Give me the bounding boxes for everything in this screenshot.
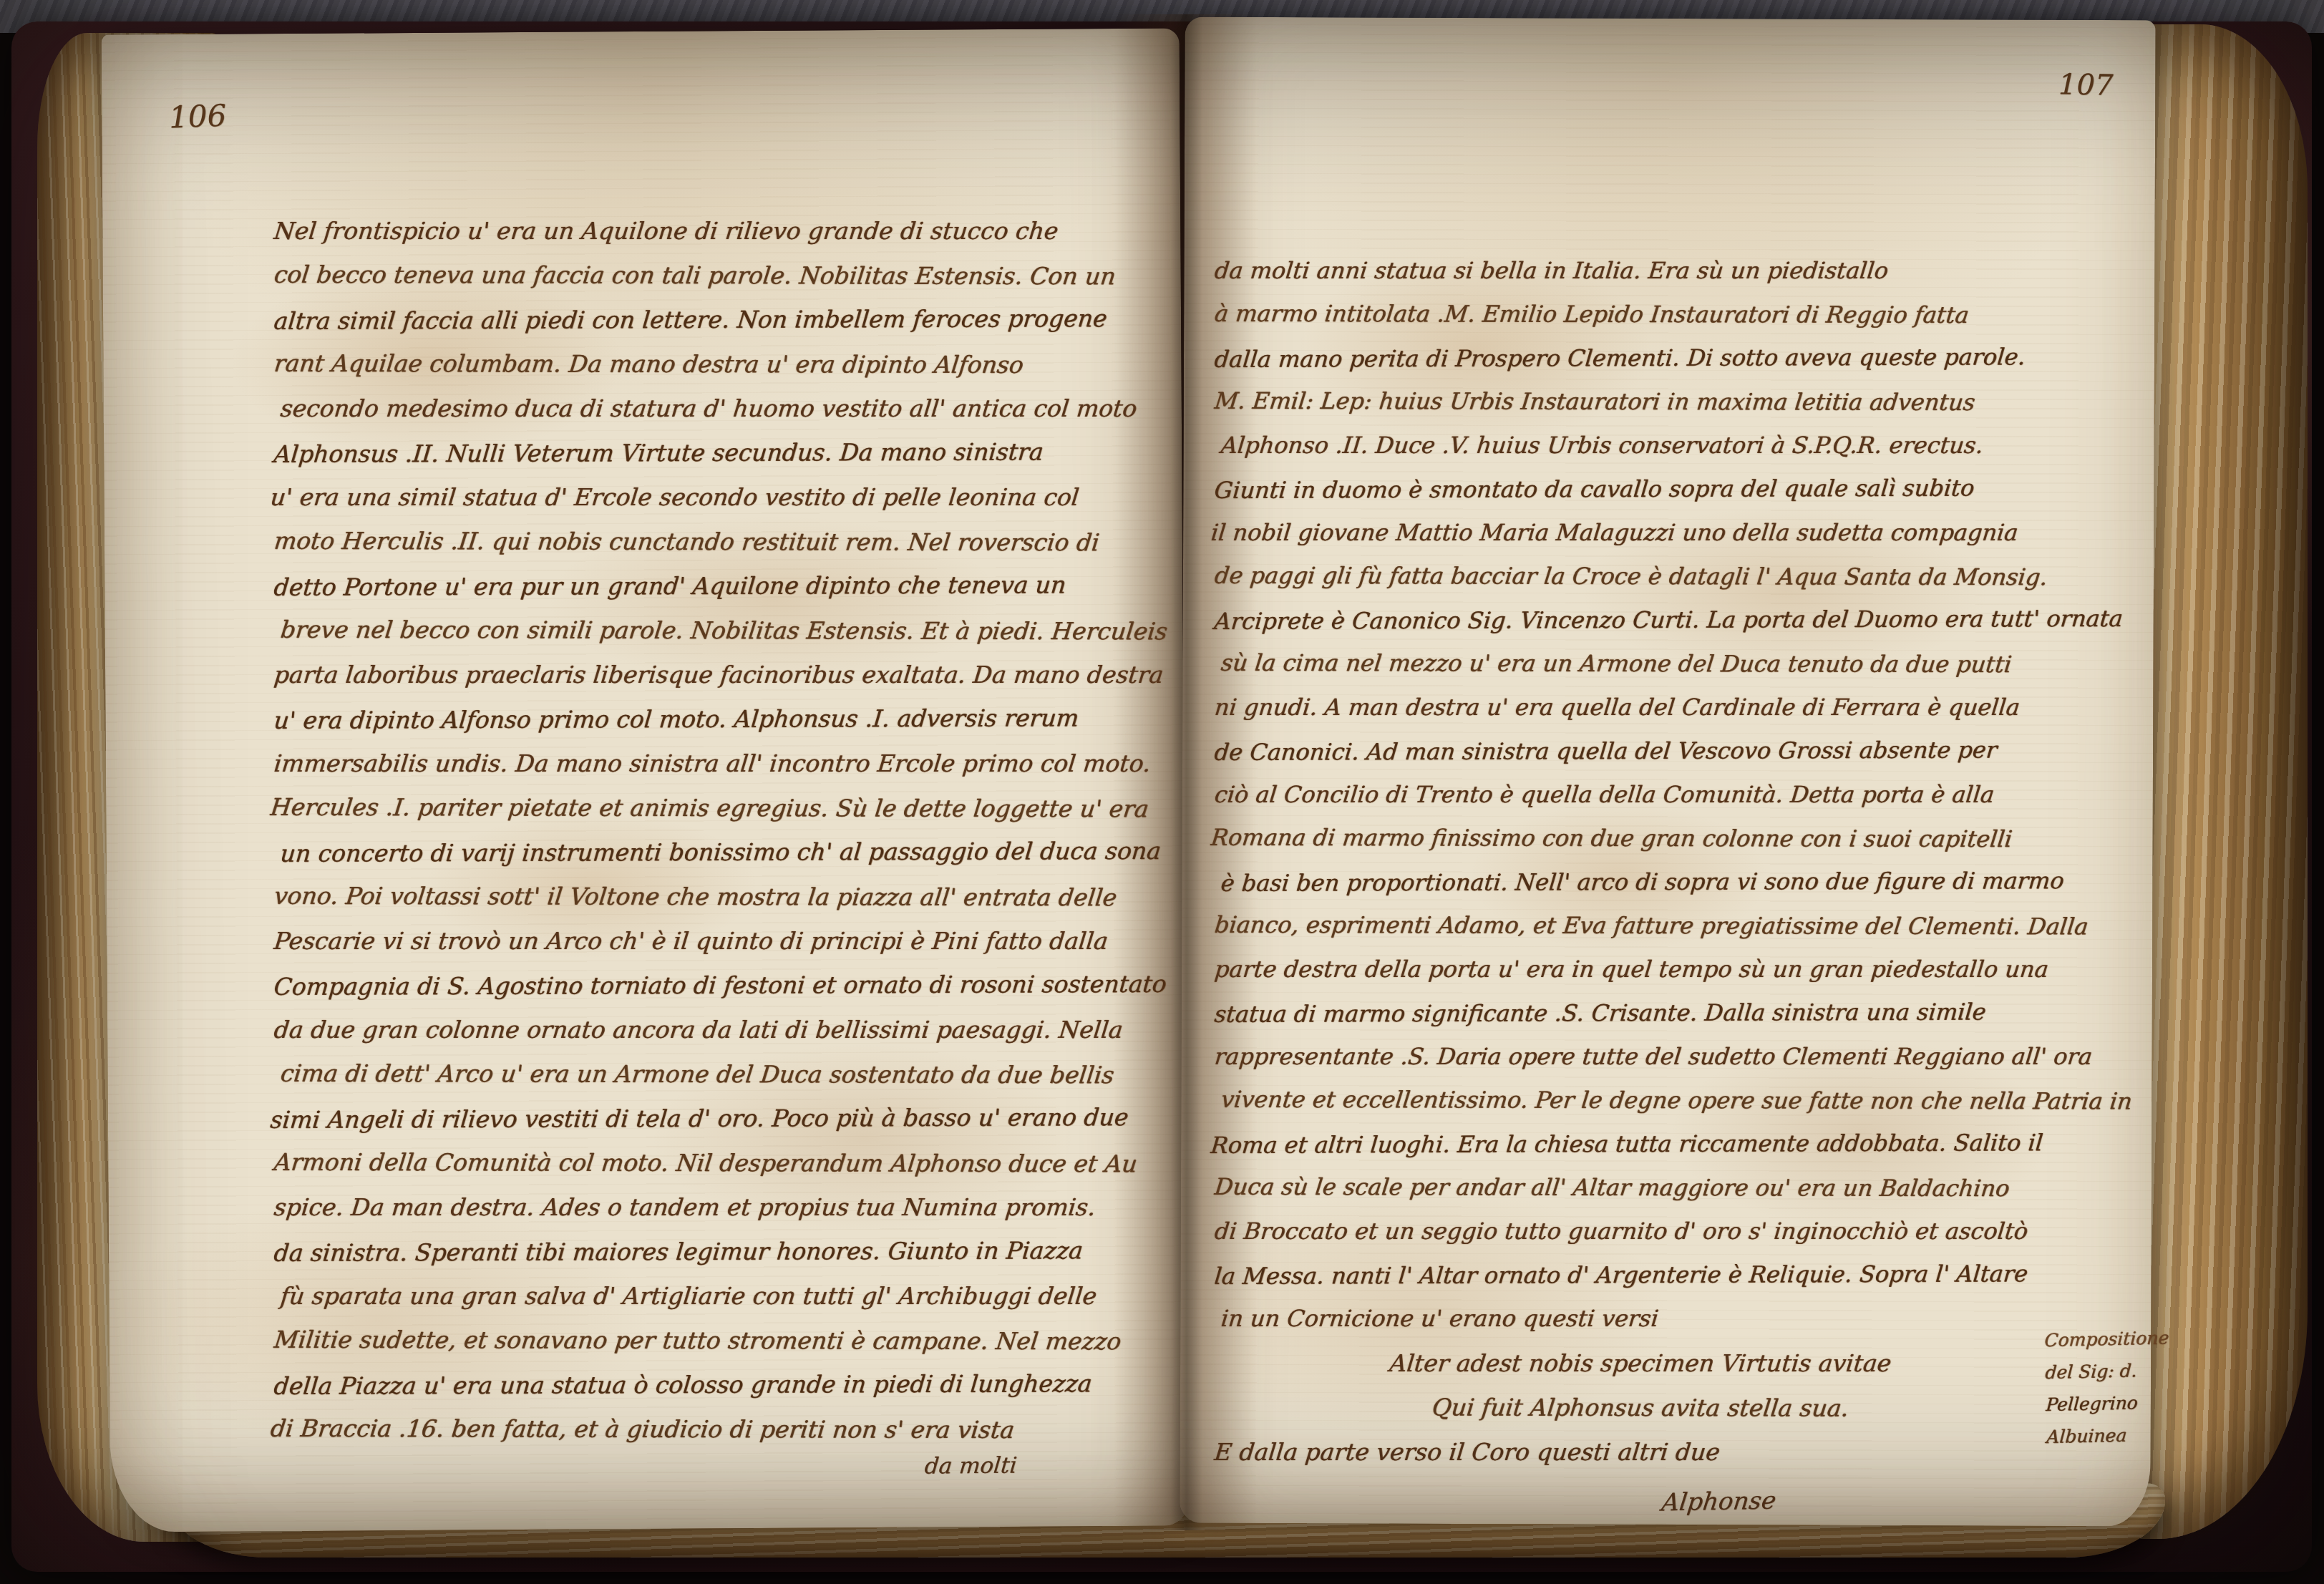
manuscript-line: à marmo intitolata .M. Emilio Lepido Ins… — [1212, 292, 2069, 337]
right-page-closing-line: E dalla parte verso il Coro questi altri… — [1215, 1430, 2066, 1474]
folio-number-right: 107 — [2058, 68, 2114, 102]
manuscript-line: da due gran colonne ornato ancora da lat… — [272, 1008, 1111, 1052]
folio-number-left: 106 — [168, 98, 227, 135]
manuscript-photo: 106 107 Nel frontispicio u' era un Aquil… — [0, 0, 2324, 1584]
manuscript-line: da sinistra. Speranti tibi maiores legim… — [272, 1228, 1110, 1276]
manuscript-line: Romana di marmo finissimo con due gran c… — [1209, 816, 2069, 862]
manuscript-line: bianco, esprimenti Adamo, et Eva fatture… — [1212, 903, 2069, 948]
manuscript-line: secondo medesimo duca di statura d' huom… — [278, 387, 1111, 431]
manuscript-line: è basi ben proportionati. Nell' arco di … — [1219, 859, 2068, 905]
manuscript-line: E dalla parte verso il Coro questi altri… — [1212, 1430, 2069, 1474]
manuscript-line: Qui fuit Alphonsus avita stella sua. — [1212, 1385, 2069, 1431]
manuscript-line: rappresentante .S. Daria opere tutte del… — [1212, 1035, 2068, 1079]
manuscript-line: Duca sù le scale per andar all' Altar ma… — [1212, 1165, 2069, 1210]
manuscript-line: Compagnia di S. Agostino torniato di fes… — [272, 962, 1110, 1009]
manuscript-line: Giunti in duomo è smontato da cavallo so… — [1212, 466, 2068, 512]
manuscript-line: di Broccato et un seggio tutto guarnito … — [1212, 1210, 2068, 1253]
right-page-verses: Alter adest nobis specimen Virtutis avit… — [1215, 1341, 2066, 1430]
manuscript-line: Alter adest nobis specimen Virtutis avit… — [1212, 1341, 2069, 1386]
manuscript-line: M. Emil: Lep: huius Urbis Instauratori i… — [1212, 379, 2069, 424]
manuscript-line: col becco teneva una faccia con tali par… — [272, 253, 1111, 298]
manuscript-line: de Canonici. Ad man sinistra quella del … — [1212, 728, 2068, 774]
manuscript-line: Albuinea — [2046, 1418, 2184, 1453]
right-page-text-block: da molti anni statua si bella in Italia.… — [1215, 249, 2066, 1341]
manuscript-line: vivente et eccellentissimo. Per le degne… — [1219, 1078, 2069, 1123]
manuscript-line: moto Herculis .II. qui nobis cunctando r… — [272, 519, 1111, 565]
manuscript-line: fù sparata una gran salva d' Artigliarie… — [278, 1274, 1111, 1318]
manuscript-line: in un Cornicione u' erano questi versi — [1219, 1297, 2068, 1341]
manuscript-line: breve nel becco con simili parole. Nobil… — [278, 608, 1111, 653]
manuscript-line: ciò al Concilio di Trento è quella della… — [1212, 773, 2068, 817]
manuscript-line: Nel frontispicio u' era un Aquilone di r… — [272, 209, 1111, 253]
manuscript-line: il nobil giovane Mattio Maria Malaguzzi … — [1209, 511, 2068, 555]
manuscript-line: spice. Da man destra. Ades o tandem et p… — [272, 1185, 1111, 1230]
manuscript-line: Armoni della Comunità col moto. Nil desp… — [272, 1140, 1111, 1186]
manuscript-line: detto Portone u' era pur un grand' Aquil… — [272, 563, 1110, 610]
manuscript-line: da molti anni statua si bella in Italia.… — [1212, 249, 2068, 293]
manuscript-line: la Messa. nanti l' Altar ornato d' Argen… — [1212, 1252, 2068, 1298]
manuscript-line: di Braccia .16. ben fatta, et à giudicio… — [268, 1406, 1111, 1452]
left-page-text-block: Nel frontispicio u' era un Aquilone di r… — [274, 209, 1108, 1452]
manuscript-line: Pescarie vi si trovò un Arco ch' è il qu… — [272, 919, 1111, 963]
manuscript-line: u' era una simil statua d' Ercole second… — [268, 475, 1111, 520]
manuscript-line: Compositione — [2043, 1321, 2182, 1356]
right-page-catchword: Alphonse — [1660, 1487, 1777, 1517]
manuscript-line: de paggi gli fù fatta bacciar la Croce è… — [1212, 554, 2069, 599]
left-page-catchword: da molti — [923, 1452, 1018, 1479]
manuscript-line: u' era dipinto Alfonso primo col moto. A… — [272, 696, 1110, 743]
manuscript-line: cima di dett' Arco u' era un Armone del … — [278, 1051, 1111, 1097]
manuscript-line: un concerto di varij instrumenti bonissi… — [278, 829, 1110, 876]
margin-note: Compositionedel Sig: d.PellegrinoAlbuine… — [2044, 1321, 2183, 1453]
manuscript-line: Militie sudette, et sonavano per tutto s… — [272, 1318, 1111, 1364]
manuscript-line: Alphonsus .II. Nulli Veterum Virtute sec… — [272, 429, 1110, 477]
manuscript-line: rant Aquilae columbam. Da mano destra u'… — [272, 341, 1111, 387]
manuscript-line: Hercules .I. pariter pietate et animis e… — [268, 785, 1111, 831]
manuscript-line: parte destra della porta u' era in quel … — [1212, 948, 2068, 991]
manuscript-line: Roma et altri luoghi. Era la chiesa tutt… — [1209, 1121, 2068, 1167]
manuscript-line: Pellegrino — [2045, 1386, 2183, 1421]
manuscript-line: ni gnudi. A man destra u' era quella del… — [1212, 686, 2068, 729]
manuscript-line: immersabilis undis. Da mano sinistra all… — [272, 742, 1111, 786]
manuscript-line: parta laboribus praeclaris liberisque fa… — [272, 653, 1111, 697]
manuscript-line: Arciprete è Canonico Sig. Vincenzo Curti… — [1212, 597, 2068, 643]
manuscript-line: sù la cima nel mezzo u' era un Armone de… — [1219, 641, 2069, 686]
manuscript-line: dalla mano perita di Prospero Clementi. … — [1212, 335, 2068, 382]
manuscript-line: simi Angeli di rilievo vestiti di tela d… — [268, 1095, 1110, 1142]
manuscript-line: del Sig: d. — [2044, 1354, 2182, 1389]
manuscript-line: della Piazza u' era una statua ò colosso… — [272, 1361, 1110, 1409]
manuscript-line: vono. Poi voltassi sott' il Voltone che … — [272, 874, 1111, 920]
manuscript-line: altra simil faccia alli piedi con letter… — [272, 296, 1110, 344]
manuscript-line: statua di marmo significante .S. Crisant… — [1212, 990, 2068, 1036]
manuscript-line: Alphonso .II. Duce .V. huius Urbis conse… — [1219, 424, 2068, 467]
